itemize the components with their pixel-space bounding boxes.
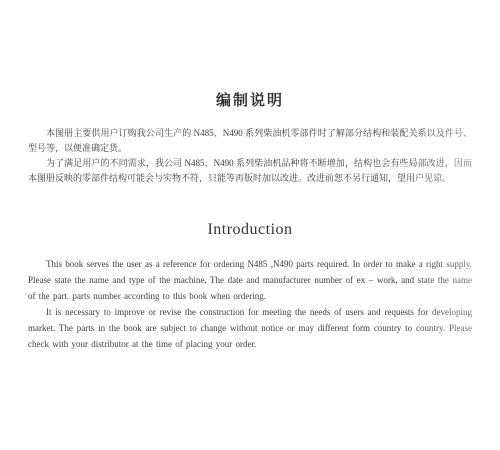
english-paragraph-2: It is necessary to improve or revise the…	[28, 304, 472, 352]
chinese-paragraph-1: 本图册主要供用户订购我公司生产的 N485、N490 系列柴油机零部件时了解部分…	[28, 126, 472, 156]
document-page: 编制说明 本图册主要供用户订购我公司生产的 N485、N490 系列柴油机零部件…	[0, 0, 500, 450]
english-section-title: Introduction	[0, 221, 500, 239]
chinese-paragraph-2: 为了满足用户的不同需求，我公司 N485、N490 系列柴油机品种将不断增加，结…	[28, 156, 472, 186]
english-paragraph-1: This book serves the user as a reference…	[28, 256, 472, 304]
chinese-section-title: 编制说明	[0, 93, 500, 110]
